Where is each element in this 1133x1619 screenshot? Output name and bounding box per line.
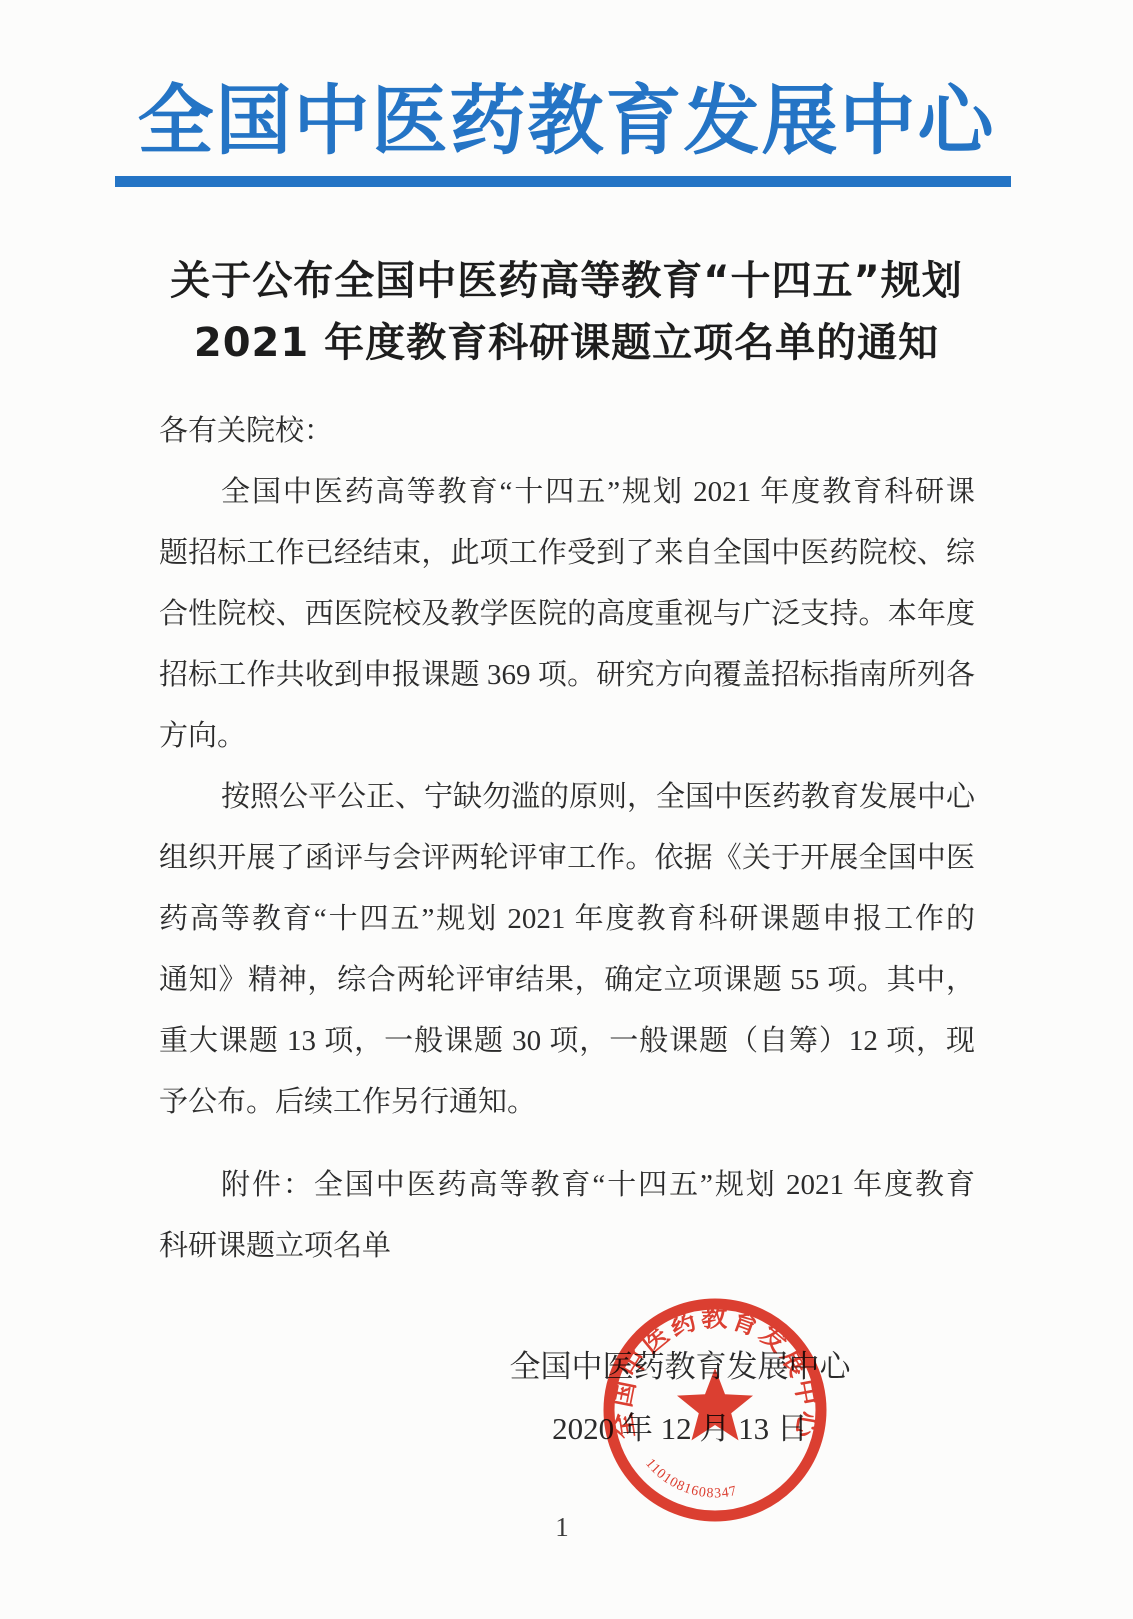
paragraph2-line: 药高等教育“十四五”规划 2021 年度教育科研课题申报工作的 — [159, 889, 975, 950]
paragraph2-line: 予公布。后续工作另行通知。 — [159, 1072, 975, 1133]
paragraph2-line: 按照公平公正、宁缺勿滥的原则，全国中医药教育发展中心 — [159, 767, 975, 828]
paragraph1-line: 全国中医药高等教育“十四五”规划 2021 年度教育科研课 — [159, 462, 975, 523]
paragraph1-line: 方向。 — [159, 706, 975, 767]
salutation: 各有关院校： — [159, 401, 975, 462]
signature-block: 全国中医药教育发展中心 2020 年 12 月 13 日 — [470, 1336, 890, 1460]
document-body: 各有关院校： 全国中医药高等教育“十四五”规划 2021 年度教育科研课 题招标… — [159, 401, 975, 1277]
page-number: 1 — [546, 1512, 578, 1543]
paragraph2-line: 通知》精神，综合两轮评审结果，确定立项课题 55 项。其中， — [159, 950, 975, 1011]
signature-org-name: 全国中医药教育发展中心 — [470, 1336, 890, 1398]
signature-date: 2020 年 12 月 13 日 — [470, 1398, 890, 1460]
paragraph2-line: 组织开展了函评与会评两轮评审工作。依据《关于开展全国中医 — [159, 828, 975, 889]
svg-text:1101081608347: 1101081608347 — [642, 1456, 739, 1501]
letterhead-org-name: 全国中医药教育发展中心 — [0, 70, 1133, 174]
paragraph1-line: 招标工作共收到申报课题 369 项。研究方向覆盖招标指南所列各 — [159, 645, 975, 706]
seal-code-text: 1101081608347 — [642, 1456, 739, 1501]
scanned-notice-page: 全国中医药教育发展中心 关于公布全国中医药高等教育“十四五”规划 2021 年度… — [0, 0, 1133, 1619]
document-title-line1: 关于公布全国中医药高等教育“十四五”规划 — [0, 250, 1133, 312]
document-title: 关于公布全国中医药高等教育“十四五”规划 2021 年度教育科研课题立项名单的通… — [0, 250, 1133, 374]
letterhead-divider-rule — [115, 176, 1011, 187]
attachment-line: 附件：全国中医药高等教育“十四五”规划 2021 年度教育 — [159, 1155, 975, 1216]
paragraph2-line: 重大课题 13 项，一般课题 30 项，一般课题（自筹）12 项，现 — [159, 1011, 975, 1072]
attachment-line: 科研课题立项名单 — [159, 1216, 975, 1277]
paragraph1-line: 合性院校、西医院校及教学医院的高度重视与广泛支持。本年度 — [159, 584, 975, 645]
paragraph1-line: 题招标工作已经结束，此项工作受到了来自全国中医药院校、综 — [159, 523, 975, 584]
document-title-line2: 2021 年度教育科研课题立项名单的通知 — [0, 312, 1133, 374]
attachment-note: 附件：全国中医药高等教育“十四五”规划 2021 年度教育 科研课题立项名单 — [159, 1155, 975, 1277]
